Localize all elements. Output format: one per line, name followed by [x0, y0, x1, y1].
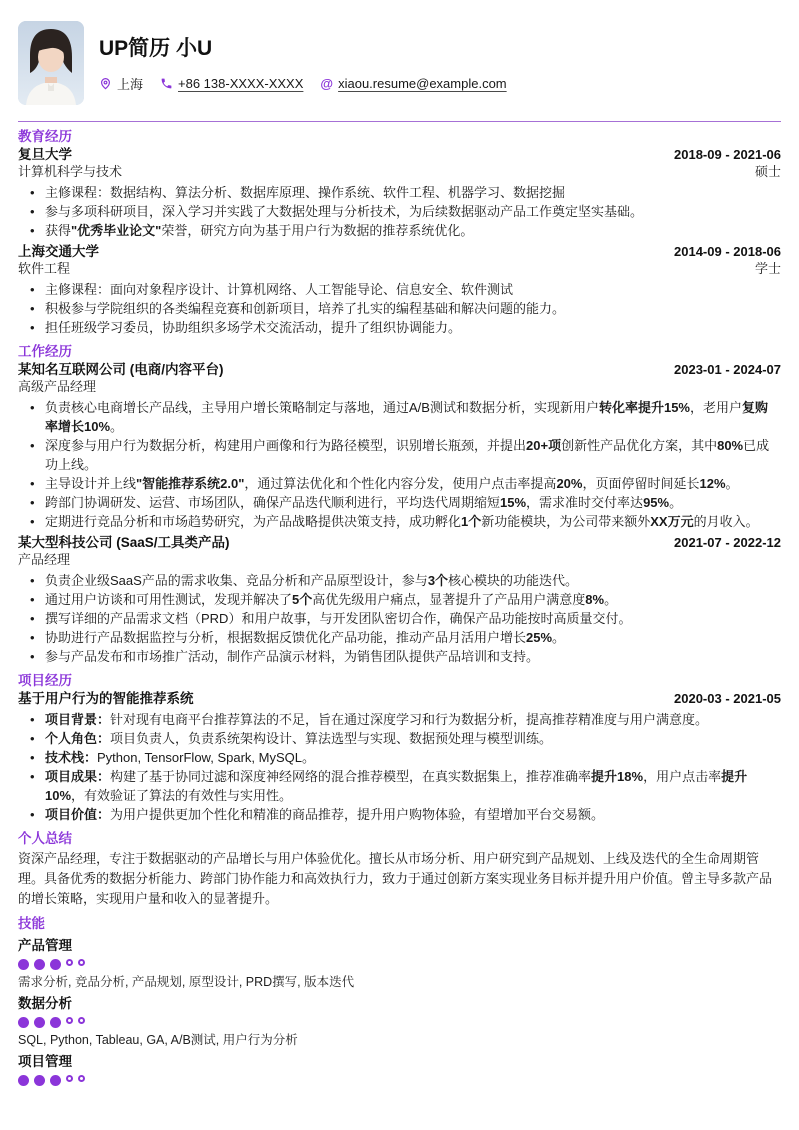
skill-dot: [34, 1075, 45, 1086]
skill-item: 产品管理需求分析, 竞品分析, 产品规划, 原型设计, PRD撰写, 版本迭代: [18, 938, 781, 990]
bullet-item: 个人角色：项目负责人，负责系统架构设计、算法选型与实现、数据预处理与模型训练。: [45, 729, 781, 748]
skill-dot: [78, 959, 85, 966]
skill-level-dots: [18, 1017, 781, 1028]
entry-subtitle: 软件工程: [18, 261, 70, 277]
bullet-text-segment: ，有效验证了算法的有效性与实用性。: [71, 788, 292, 803]
entry-date: 2021-07 - 2022-12: [674, 535, 781, 551]
bullet-text-segment: ，用户点击率: [643, 769, 721, 784]
entry-header: 某知名互联网公司 (电商/内容平台)2023-01 - 2024-07: [18, 362, 781, 378]
section-title: 个人总结: [18, 830, 781, 847]
bullet-text-segment: ，通过算法优化和个性化内容分发，使用户点击率提高: [244, 476, 556, 491]
bullet-item: 深度参与用户行为数据分析，构建用户画像和行为路径模型，识别增长瓶颈，并提出20+…: [45, 436, 781, 474]
bullet-text-segment: 主导设计并上线: [45, 476, 136, 491]
bullet-list: 主修课程：数据结构、算法分析、数据库原理、操作系统、软件工程、机器学习、数据挖掘…: [18, 183, 781, 240]
bullet-item: 获得"优秀毕业论文"荣誉，研究方向为基于用户行为数据的推荐系统优化。: [45, 221, 781, 240]
bullet-item: 项目背景：针对现有电商平台推荐算法的不足，旨在通过深度学习和行为数据分析，提高推…: [45, 710, 781, 729]
skill-item: 项目管理: [18, 1054, 781, 1086]
entry-header: 上海交通大学2014-09 - 2018-06: [18, 244, 781, 260]
bullet-text-segment: 负责企业级SaaS产品的需求收集、竞品分析和产品原型设计，参与: [45, 573, 428, 588]
skill-dot: [66, 1075, 73, 1082]
skill-item: 数据分析SQL, Python, Tableau, GA, A/B测试, 用户行…: [18, 996, 781, 1048]
contact-row: 上海+86 138-XXXX-XXXX@xiaou.resume@example…: [99, 74, 507, 93]
entry-title: 某大型科技公司 (SaaS/工具类产品): [18, 535, 230, 551]
bullet-text-segment: 协助进行产品数据监控与分析，根据数据反馈优化产品功能，推动产品月活用户增长: [45, 630, 526, 645]
bullet-item: 担任班级学习委员，协助组织多场学术交流活动，提升了组织协调能力。: [45, 318, 781, 337]
bullet-item: 积极参与学院组织的各类编程竞赛和创新项目，培养了扎实的编程基础和解决问题的能力。: [45, 299, 781, 318]
entry: 某知名互联网公司 (电商/内容平台)2023-01 - 2024-07高级产品经…: [18, 362, 781, 531]
bullet-item: 主修课程：面向对象程序设计、计算机网络、人工智能导论、信息安全、软件测试: [45, 280, 781, 299]
bullet-text-segment: 主修课程：面向对象程序设计、计算机网络、人工智能导论、信息安全、软件测试: [45, 282, 513, 297]
summary-paragraph: 资深产品经理，专注于数据驱动的产品增长与用户体验优化。擅长从市场分析、用户研究到…: [18, 849, 781, 909]
entry-subtitle: 高级产品经理: [18, 379, 96, 395]
bullet-text-segment: 为用户提供更加个性化和精准的商品推荐，提升用户购物体验，有望增加平台交易额。: [110, 807, 604, 822]
bullet-text-segment: 跨部门协调研发、运营、市场团队，确保产品迭代顺利进行，平均迭代周期缩短: [45, 495, 500, 510]
bullet-text-segment: 参与多项科研项目，深入学习并实践了大数据处理与分析技术，为后续数据驱动产品工作奠…: [45, 204, 643, 219]
bullet-text-segment: 核心模块的功能迭代。: [448, 573, 578, 588]
bullet-text-segment: 。: [726, 476, 739, 491]
bullet-text-segment: 撰写详细的产品需求文档（PRD）和用户故事，与开发团队密切合作，确保产品功能按时…: [45, 611, 631, 626]
skill-detail: SQL, Python, Tableau, GA, A/B测试, 用户行为分析: [18, 1032, 781, 1048]
bullet-text-segment: 积极参与学院组织的各类编程竞赛和创新项目，培养了扎实的编程基础和解决问题的能力。: [45, 301, 565, 316]
bullet-item: 通过用户访谈和可用性测试，发现并解决了5个高优先级用户痛点，显著提升了产品用户满…: [45, 590, 781, 609]
contact-text: +86 138-XXXX-XXXX: [178, 76, 303, 91]
bullet-bold-segment: 项目成果：: [45, 769, 110, 784]
section-title: 教育经历: [18, 128, 781, 145]
bullet-item: 跨部门协调研发、运营、市场团队，确保产品迭代顺利进行，平均迭代周期缩短15%，需…: [45, 493, 781, 512]
bullet-item: 负责核心电商增长产品线，主导用户增长策略制定与落地，通过A/B测试和数据分析，实…: [45, 398, 781, 436]
bullet-text-segment: 主修课程：数据结构、算法分析、数据库原理、操作系统、软件工程、机器学习、数据挖掘: [45, 185, 565, 200]
skill-name: 数据分析: [18, 996, 781, 1012]
bullet-list: 负责企业级SaaS产品的需求收集、竞品分析和产品原型设计，参与3个核心模块的功能…: [18, 571, 781, 666]
contact-at[interactable]: @xiaou.resume@example.com: [320, 76, 506, 91]
contact-text: xiaou.resume@example.com: [338, 76, 507, 91]
section-skills: 技能产品管理需求分析, 竞品分析, 产品规划, 原型设计, PRD撰写, 版本迭…: [18, 915, 781, 1086]
bullet-bold-segment: "优秀毕业论文": [71, 223, 161, 238]
entry-subtitle: 计算机科学与技术: [18, 164, 122, 180]
skill-dot: [50, 959, 61, 970]
bullet-text-segment: 高优先级用户痛点，显著提升了产品用户满意度: [312, 592, 585, 607]
skill-dot: [18, 959, 29, 970]
section-summary: 个人总结资深产品经理，专注于数据驱动的产品增长与用户体验优化。擅长从市场分析、用…: [18, 830, 781, 909]
profile-photo: [18, 21, 84, 105]
contact-text: 上海: [117, 74, 143, 93]
bullet-text-segment: ，页面停留时间延长: [582, 476, 699, 491]
skill-dot: [66, 1017, 73, 1024]
entry-header: 复旦大学2018-09 - 2021-06: [18, 147, 781, 163]
bullet-item: 项目成果：构建了基于协同过滤和深度神经网络的混合推荐模型，在真实数据集上，推荐准…: [45, 767, 781, 805]
entry-degree: 学士: [755, 261, 781, 277]
bullet-bold-segment: 项目价值：: [45, 807, 110, 822]
skill-dot: [34, 1017, 45, 1028]
bullet-text-segment: 荣誉，研究方向为基于用户行为数据的推荐系统优化。: [161, 223, 473, 238]
bullet-bold-segment: 提升18%: [591, 769, 643, 784]
bullet-text-segment: 获得: [45, 223, 71, 238]
skill-dot: [50, 1075, 61, 1086]
bullet-bold-segment: 25%: [526, 630, 552, 645]
entry-date: 2014-09 - 2018-06: [674, 244, 781, 260]
entry: 某大型科技公司 (SaaS/工具类产品)2021-07 - 2022-12产品经…: [18, 535, 781, 666]
bullet-bold-segment: 95%: [643, 495, 669, 510]
bullet-bold-segment: 项目背景：: [45, 712, 110, 727]
bullet-bold-segment: 技术栈：: [45, 750, 97, 765]
contact-location-pin: 上海: [99, 74, 143, 93]
bullet-text-segment: ，老用户: [690, 400, 742, 415]
entry-date: 2020-03 - 2021-05: [674, 691, 781, 707]
entry: 复旦大学2018-09 - 2021-06计算机科学与技术硕士主修课程：数据结构…: [18, 147, 781, 240]
bullet-bold-segment: 3个: [428, 573, 448, 588]
bullet-bold-segment: 80%: [717, 438, 743, 453]
skill-level-dots: [18, 959, 781, 970]
bullet-bold-segment: 1个: [461, 514, 481, 529]
skill-dot: [34, 959, 45, 970]
skill-name: 项目管理: [18, 1054, 781, 1070]
skill-dot: [50, 1017, 61, 1028]
entry: 上海交通大学2014-09 - 2018-06软件工程学士主修课程：面向对象程序…: [18, 244, 781, 337]
bullet-item: 主导设计并上线"智能推荐系统2.0"，通过算法优化和个性化内容分发，使用户点击率…: [45, 474, 781, 493]
bullet-bold-segment: 12%: [699, 476, 725, 491]
phone-icon: [160, 77, 173, 90]
contact-phone[interactable]: +86 138-XXXX-XXXX: [160, 76, 303, 91]
bullet-list: 负责核心电商增长产品线，主导用户增长策略制定与落地，通过A/B测试和数据分析，实…: [18, 398, 781, 531]
bullet-list: 项目背景：针对现有电商平台推荐算法的不足，旨在通过深度学习和行为数据分析，提高推…: [18, 710, 781, 824]
entry-title: 基于用户行为的智能推荐系统: [18, 691, 194, 707]
bullet-bold-segment: 15%: [500, 495, 526, 510]
section-work: 工作经历某知名互联网公司 (电商/内容平台)2023-01 - 2024-07高…: [18, 343, 781, 666]
entry-header: 某大型科技公司 (SaaS/工具类产品)2021-07 - 2022-12: [18, 535, 781, 551]
bullet-text-segment: 。: [669, 495, 682, 510]
bullet-bold-segment: 个人角色：: [45, 731, 110, 746]
bullet-bold-segment: 20%: [556, 476, 582, 491]
section-education: 教育经历复旦大学2018-09 - 2021-06计算机科学与技术硕士主修课程：…: [18, 128, 781, 337]
entry-degree: 硕士: [755, 164, 781, 180]
skill-level-dots: [18, 1075, 781, 1086]
at-icon: @: [320, 76, 333, 91]
bullet-text-segment: 创新性产品优化方案，其中: [561, 438, 717, 453]
bullet-text-segment: 。: [604, 592, 617, 607]
entry-title: 上海交通大学: [18, 244, 99, 260]
bullet-item: 参与多项科研项目，深入学习并实践了大数据处理与分析技术，为后续数据驱动产品工作奠…: [45, 202, 781, 221]
entry-subtitle: 产品经理: [18, 552, 70, 568]
skill-name: 产品管理: [18, 938, 781, 954]
resume-page: UP简历 小U 上海+86 138-XXXX-XXXX@xiaou.resume…: [0, 0, 799, 1086]
bullet-text-segment: Python, TensorFlow, Spark, MySQL。: [97, 750, 315, 765]
section-projects: 项目经历基于用户行为的智能推荐系统2020-03 - 2021-05项目背景：针…: [18, 672, 781, 824]
entry-date: 2018-09 - 2021-06: [674, 147, 781, 163]
bullet-item: 协助进行产品数据监控与分析，根据数据反馈优化产品功能，推动产品月活用户增长25%…: [45, 628, 781, 647]
bullet-text-segment: 针对现有电商平台推荐算法的不足，旨在通过深度学习和行为数据分析，提高推荐精准度与…: [110, 712, 708, 727]
bullet-list: 主修课程：面向对象程序设计、计算机网络、人工智能导论、信息安全、软件测试积极参与…: [18, 280, 781, 337]
resume-header: UP简历 小U 上海+86 138-XXXX-XXXX@xiaou.resume…: [18, 0, 781, 105]
entry-subheader: 产品经理: [18, 552, 781, 568]
bullet-text-segment: 新功能模块，为公司带来额外: [481, 514, 650, 529]
section-title: 工作经历: [18, 343, 781, 360]
bullet-bold-segment: "智能推荐系统2.0": [136, 476, 244, 491]
bullet-item: 主修课程：数据结构、算法分析、数据库原理、操作系统、软件工程、机器学习、数据挖掘: [45, 183, 781, 202]
entry-subheader: 计算机科学与技术硕士: [18, 164, 781, 180]
section-title: 项目经历: [18, 672, 781, 689]
bullet-bold-segment: 8%: [585, 592, 604, 607]
bullet-text-segment: 参与产品发布和市场推广活动，制作产品演示材料，为销售团队提供产品培训和支持。: [45, 649, 539, 664]
bullet-item: 撰写详细的产品需求文档（PRD）和用户故事，与开发团队密切合作，确保产品功能按时…: [45, 609, 781, 628]
bullet-text-segment: 担任班级学习委员，协助组织多场学术交流活动，提升了组织协调能力。: [45, 320, 461, 335]
header-divider: [18, 121, 781, 122]
bullet-text-segment: 。: [110, 419, 123, 434]
entry-subheader: 高级产品经理: [18, 379, 781, 395]
skill-dot: [78, 1075, 85, 1082]
skill-dot: [66, 959, 73, 966]
entry-date: 2023-01 - 2024-07: [674, 362, 781, 378]
profile-photo-image: [18, 21, 84, 105]
entry: 基于用户行为的智能推荐系统2020-03 - 2021-05项目背景：针对现有电…: [18, 691, 781, 824]
candidate-name: UP简历 小U: [99, 36, 507, 62]
bullet-text-segment: 深度参与用户行为数据分析，构建用户画像和行为路径模型，识别增长瓶颈，并提出: [45, 438, 526, 453]
skill-detail: 需求分析, 竞品分析, 产品规划, 原型设计, PRD撰写, 版本迭代: [18, 974, 781, 990]
bullet-text-segment: 通过用户访谈和可用性测试，发现并解决了: [45, 592, 292, 607]
bullet-text-segment: ，需求准时交付率达: [526, 495, 643, 510]
skill-dot: [18, 1017, 29, 1028]
skill-dot: [78, 1017, 85, 1024]
location-pin-icon: [99, 77, 112, 90]
bullet-item: 定期进行竞品分析和市场趋势研究，为产品战略提供决策支持，成功孵化1个新功能模块，…: [45, 512, 781, 531]
bullet-bold-segment: XX万元: [650, 514, 693, 529]
bullet-text-segment: 构建了基于协同过滤和深度神经网络的混合推荐模型，在真实数据集上，推荐准确率: [110, 769, 591, 784]
header-text-block: UP简历 小U 上海+86 138-XXXX-XXXX@xiaou.resume…: [97, 21, 507, 105]
entry-header: 基于用户行为的智能推荐系统2020-03 - 2021-05: [18, 691, 781, 707]
section-title: 技能: [18, 915, 781, 932]
bullet-item: 技术栈：Python, TensorFlow, Spark, MySQL。: [45, 748, 781, 767]
resume-body: 教育经历复旦大学2018-09 - 2021-06计算机科学与技术硕士主修课程：…: [18, 128, 781, 1086]
entry-title: 复旦大学: [18, 147, 72, 163]
bullet-item: 参与产品发布和市场推广活动，制作产品演示材料，为销售团队提供产品培训和支持。: [45, 647, 781, 666]
bullet-bold-segment: 5个: [292, 592, 312, 607]
skill-dot: [18, 1075, 29, 1086]
bullet-text-segment: 负责核心电商增长产品线，主导用户增长策略制定与落地，通过A/B测试和数据分析，实…: [45, 400, 599, 415]
entry-subheader: 软件工程学士: [18, 261, 781, 277]
bullet-bold-segment: 20+项: [526, 438, 561, 453]
bullet-item: 项目价值：为用户提供更加个性化和精准的商品推荐，提升用户购物体验，有望增加平台交…: [45, 805, 781, 824]
bullet-text-segment: 的月收入。: [694, 514, 759, 529]
bullet-text-segment: 项目负责人，负责系统架构设计、算法选型与实现、数据预处理与模型训练。: [110, 731, 552, 746]
bullet-text-segment: 。: [552, 630, 565, 645]
entry-title: 某知名互联网公司 (电商/内容平台): [18, 362, 224, 378]
bullet-item: 负责企业级SaaS产品的需求收集、竞品分析和产品原型设计，参与3个核心模块的功能…: [45, 571, 781, 590]
bullet-bold-segment: 转化率提升15%: [599, 400, 690, 415]
bullet-text-segment: 定期进行竞品分析和市场趋势研究，为产品战略提供决策支持，成功孵化: [45, 514, 461, 529]
